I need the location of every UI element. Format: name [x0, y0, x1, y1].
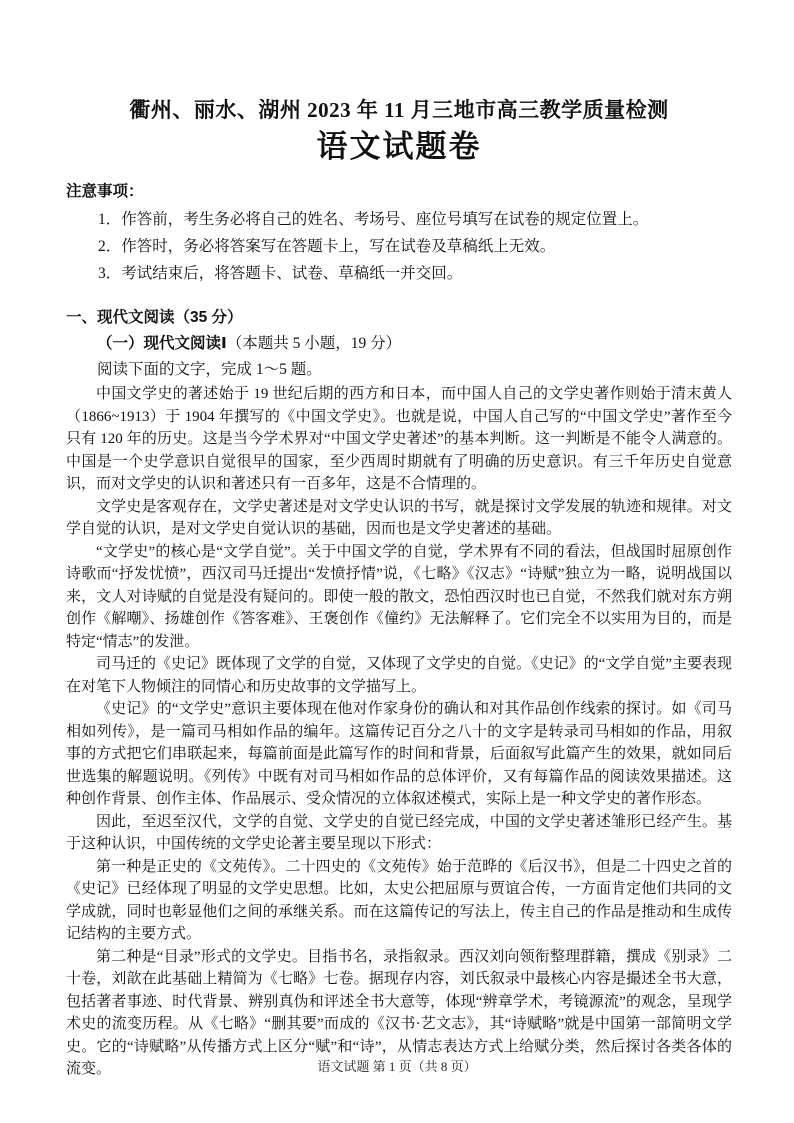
- passage-paragraph: 第一种是正史的《文苑传》。二十四史的《文苑传》始于范晔的《后汉书》，但是二十四史…: [66, 856, 732, 946]
- notice-heading: 注意事项：: [66, 180, 732, 204]
- passage-paragraph: 因此，至迟至汉代，文学的自觉、文学史的自觉已经完成，中国的文学史著述雏形已经产生…: [66, 811, 732, 856]
- notice-item: 2．作答时，务必将答案写在答题卡上，写在试卷及草稿纸上无效。: [66, 233, 732, 260]
- section-heading: 一、现代文阅读（35 分）: [66, 305, 732, 331]
- exam-title: 衢州、丽水、湖州 2023 年 11 月三地市高三教学质量检测: [66, 96, 732, 124]
- notice-list: 1．作答前，考生务必将自己的姓名、考场号、座位号填写在试卷的规定位置上。2．作答…: [66, 206, 732, 287]
- passage-paragraph: “文学史”的核心是“文学自觉”。关于中国文学的自觉，学术界有不同的看法，但战国时…: [66, 541, 732, 654]
- notice-item: 3．考试结束后，将答题卡、试卷、草稿纸一并交回。: [66, 260, 732, 287]
- section-subheading: （一）现代文阅读Ⅰ（本题共 5 小题，19 分）: [66, 331, 732, 357]
- paper-title: 语文试题卷: [66, 126, 732, 168]
- exam-paper-page: 衢州、丽水、湖州 2023 年 11 月三地市高三教学质量检测 语文试题卷 注意…: [0, 0, 794, 1123]
- notice-item: 1．作答前，考生务必将自己的姓名、考场号、座位号填写在试卷的规定位置上。: [66, 206, 732, 233]
- reading-instruction: 阅读下面的文字，完成 1～5 题。: [66, 357, 732, 382]
- section-subheading-title: （一）现代文阅读Ⅰ: [97, 335, 227, 352]
- passage-paragraph: 《史记》的“文学史”意识主要体现在他对作家身份的确认和对其作品创作线索的探讨。如…: [66, 698, 732, 811]
- page-footer: 语文试题 第 1 页（共 8 页）: [0, 1056, 794, 1075]
- section-subheading-detail: （本题共 5 小题，19 分）: [227, 335, 401, 352]
- reading-passage: 中国文学史的著述始于 19 世纪后期的西方和日本，而中国人自己的文学史著作则始于…: [66, 383, 732, 1081]
- passage-paragraph: 中国文学史的著述始于 19 世纪后期的西方和日本，而中国人自己的文学史著作则始于…: [66, 383, 732, 496]
- passage-paragraph: 司马迁的《史记》既体现了文学的自觉，又体现了文学史的自觉。《史记》的“文学自觉”…: [66, 653, 732, 698]
- passage-paragraph: 文学史是客观存在，文学史著述是对文学史认识的书写，就是探讨文学发展的轨迹和规律。…: [66, 496, 732, 541]
